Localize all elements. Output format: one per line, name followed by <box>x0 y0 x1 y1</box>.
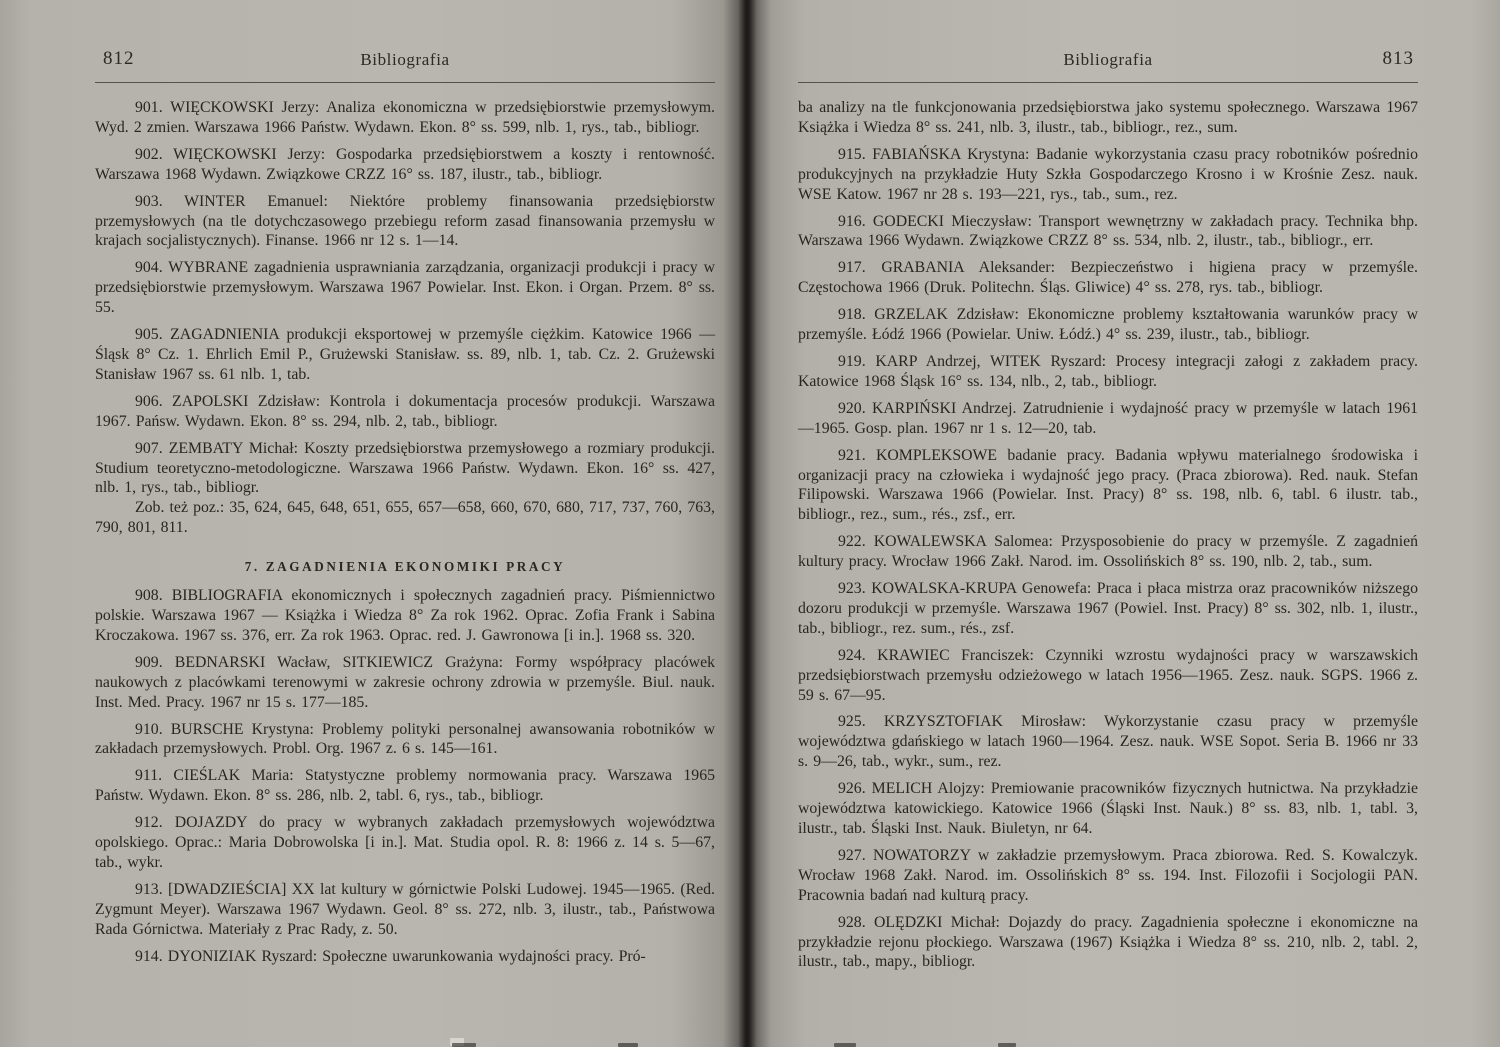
bibliography-entry-914: 914. DYONIZIAK Ryszard: Społeczne uwarun… <box>95 947 715 967</box>
right-page-content: Bibliografia 813 ba analizy na tle funkc… <box>798 48 1418 972</box>
scan-artifact-mark <box>998 1043 1016 1047</box>
bibliography-entry-913: 913. [DWADZIEŚCIA] XX lat kultury w górn… <box>95 880 715 940</box>
left-page: 812 Bibliografia 901. WIĘCKOWSKI Jerzy: … <box>0 0 745 1047</box>
right-page: Bibliografia 813 ba analizy na tle funkc… <box>745 0 1500 1047</box>
bibliography-entry-911: 911. CIEŚLAK Maria: Statystyczne problem… <box>95 766 715 806</box>
binding-gutter-shadow <box>723 0 771 1047</box>
running-title-left: Bibliografia <box>95 50 715 70</box>
bibliography-entry-907: 907. ZEMBATY Michał: Koszty przedsiębior… <box>95 439 715 499</box>
bibliography-entry-925: 925. KRZYSZTOFIAK Mirosław: Wykorzystani… <box>798 712 1418 772</box>
see-also-note: Zob. też poz.: 35, 624, 645, 648, 651, 6… <box>95 498 715 538</box>
bibliography-entry-926: 926. MELICH Alojzy: Premiowanie pracowni… <box>798 779 1418 839</box>
bibliography-entry-912: 912. DOJAZDY do pracy w wybranych zakład… <box>95 813 715 873</box>
bibliography-entry-905: 905. ZAGADNIENIA produkcji eksportowej w… <box>95 325 715 385</box>
bibliography-entry-915: 915. FABIAŃSKA Krystyna: Badanie wykorzy… <box>798 145 1418 205</box>
bibliography-entry-917: 917. GRABANIA Aleksander: Bezpieczeństwo… <box>798 258 1418 298</box>
running-title-right: Bibliografia <box>798 50 1418 70</box>
bibliography-entry-922: 922. KOWALEWSKA Salomea: Przysposobienie… <box>798 532 1418 572</box>
book-spread: 812 Bibliografia 901. WIĘCKOWSKI Jerzy: … <box>0 0 1500 1047</box>
bibliography-entry-904: 904. WYBRANE zagadnienia usprawniania za… <box>95 258 715 318</box>
page-number-right: 813 <box>1383 48 1415 70</box>
bibliography-entry-923: 923. KOWALSKA-KRUPA Genowefa: Praca i pł… <box>798 579 1418 639</box>
scan-artifact-mark <box>834 1043 856 1047</box>
section-heading: 7. ZAGADNIENIA EKONOMIKI PRACY <box>95 559 715 575</box>
bibliography-entry-914-continuation: ba analizy na tle funkcjonowania przedsi… <box>798 98 1418 138</box>
bibliography-entry-916: 916. GODECKI Mieczysław: Transport wewnę… <box>798 212 1418 252</box>
right-page-header: Bibliografia 813 <box>798 48 1418 76</box>
bibliography-entry-918: 918. GRZELAK Zdzisław: Ekonomiczne probl… <box>798 305 1418 345</box>
bibliography-entry-919: 919. KARP Andrzej, WITEK Ryszard: Proces… <box>798 352 1418 392</box>
bibliography-entry-909: 909. BEDNARSKI Wacław, SITKIEWICZ Grażyn… <box>95 653 715 713</box>
header-rule-left <box>95 82 715 83</box>
bibliography-entry-908: 908. BIBLIOGRAFIA ekonomicznych i społec… <box>95 586 715 646</box>
bibliography-entry-928: 928. OLĘDZKI Michał: Dojazdy do pracy. Z… <box>798 913 1418 973</box>
bibliography-entry-924: 924. KRAWIEC Franciszek: Czynniki wzrost… <box>798 646 1418 706</box>
left-page-body: 901. WIĘCKOWSKI Jerzy: Analiza ekonomicz… <box>95 98 715 967</box>
bibliography-entry-927: 927. NOWATORZY w zakładzie przemysłowym.… <box>798 846 1418 906</box>
scan-artifact-mark <box>618 1043 638 1047</box>
scan-artifact-mark <box>452 1043 476 1047</box>
bibliography-entry-921: 921. KOMPLEKSOWE badanie pracy. Badania … <box>798 446 1418 526</box>
header-rule-right <box>798 82 1418 83</box>
left-page-content: 812 Bibliografia 901. WIĘCKOWSKI Jerzy: … <box>95 48 715 967</box>
bibliography-entry-901: 901. WIĘCKOWSKI Jerzy: Analiza ekonomicz… <box>95 98 715 138</box>
right-page-body: ba analizy na tle funkcjonowania przedsi… <box>798 98 1418 972</box>
bibliography-entry-910: 910. BURSCHE Krystyna: Problemy polityki… <box>95 720 715 760</box>
left-page-header: 812 Bibliografia <box>95 48 715 76</box>
bibliography-entry-920: 920. KARPIŃSKI Andrzej. Zatrudnienie i w… <box>798 399 1418 439</box>
bibliography-entry-903: 903. WINTER Emanuel: Niektóre problemy f… <box>95 192 715 252</box>
bibliography-entry-902: 902. WIĘCKOWSKI Jerzy: Gospodarka przeds… <box>95 145 715 185</box>
bibliography-entry-906: 906. ZAPOLSKI Zdzisław: Kontrola i dokum… <box>95 392 715 432</box>
